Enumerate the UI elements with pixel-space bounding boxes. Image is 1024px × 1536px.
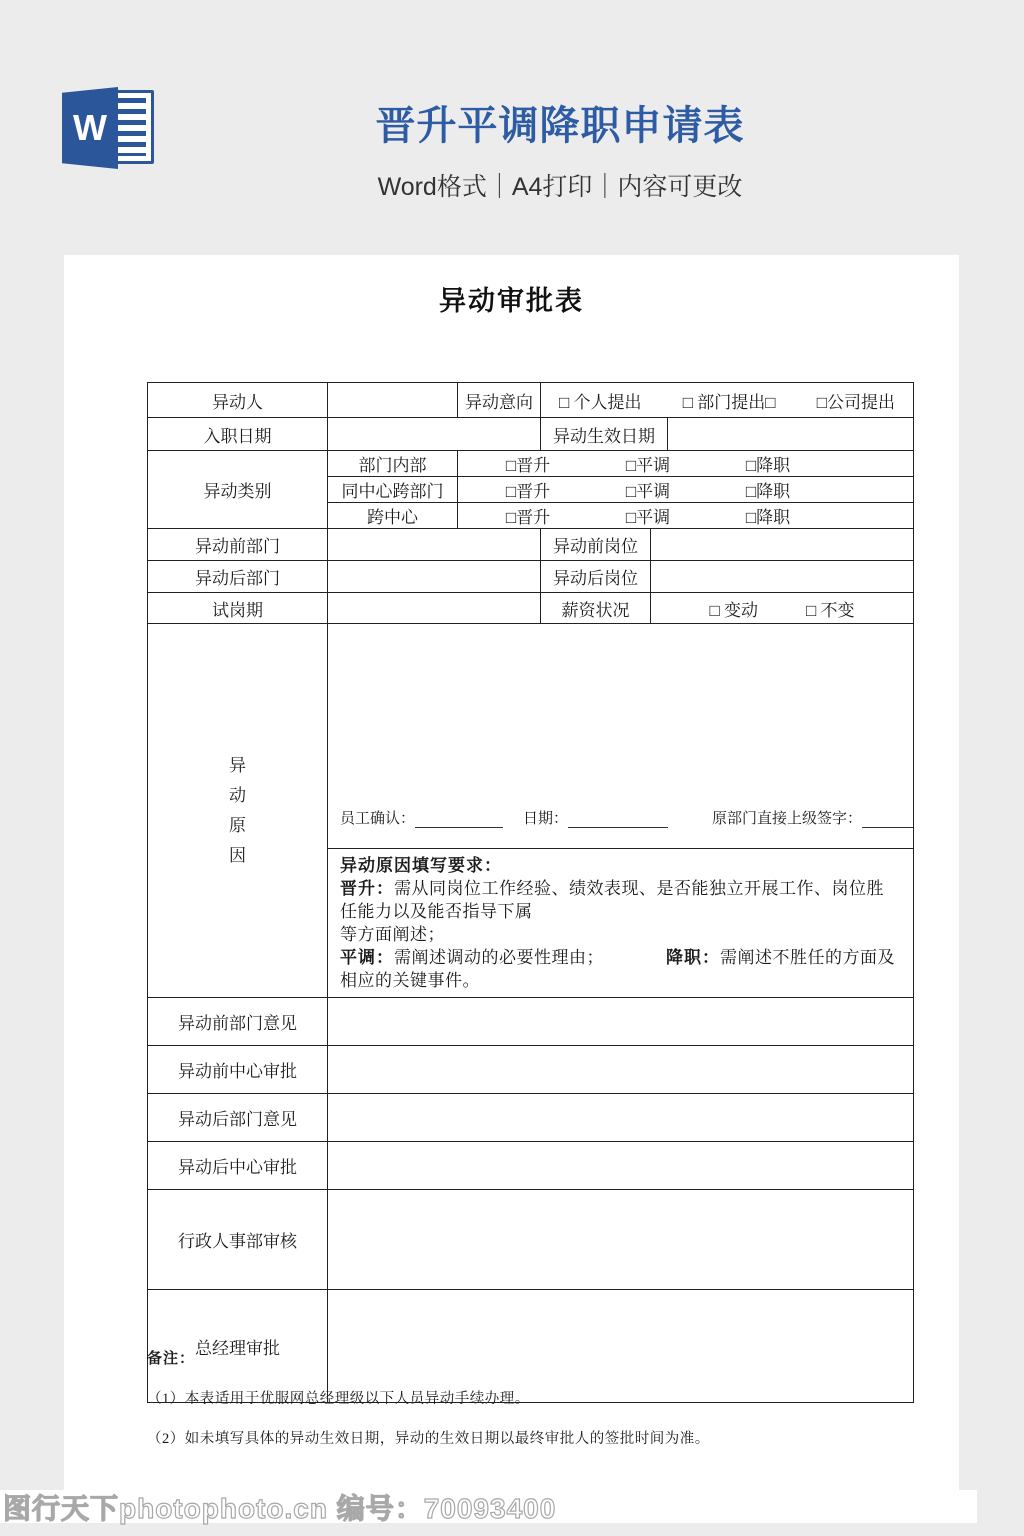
after-center-approval-cell[interactable] — [328, 1142, 914, 1190]
row-before-center-approval: 异动前中心审批 — [148, 1046, 914, 1094]
checkbox-promote[interactable]: □晋升 — [468, 477, 588, 502]
hr-review-label: 行政人事部审核 — [148, 1190, 328, 1290]
supervisor-sign-blank[interactable] — [862, 812, 913, 828]
signature-line: 员工确认：日期：原部门直接上级签字：日期： — [340, 807, 903, 828]
site-watermark: 图行天下photophoto.cn 编号：70093400 — [3, 1487, 556, 1527]
employee-confirm-blank[interactable] — [415, 812, 503, 828]
checkbox-personal-proposal[interactable]: □ 个人提出 — [559, 388, 642, 413]
template-header: 晋升平调降职申请表 Word格式｜A4打印｜内容可更改 — [300, 94, 820, 203]
effective-date-value-cell[interactable] — [668, 418, 914, 451]
date-blank-1[interactable] — [568, 812, 668, 828]
category-options-internal: □晋升 □平调 □降职 — [458, 451, 914, 477]
checkbox-company-proposal[interactable]: □公司提出 — [817, 388, 895, 413]
requirements-promote-line: 晋升：需从同岗位工作经验、绩效表现、是否能独立开展工作、岗位胜任能力以及能否指导… — [340, 877, 901, 923]
note-item-2: （2）如未填写具体的异动生效日期，异动的生效日期以最终审批人的签批时间为准。 — [147, 1427, 927, 1448]
row-trial: 试岗期 薪资状况 □ 变动 □ 不变 — [148, 593, 914, 624]
before-center-approval-label: 异动前中心审批 — [148, 1046, 328, 1094]
row-dates: 入职日期 异动生效日期 — [148, 418, 914, 451]
hire-date-label: 入职日期 — [148, 418, 328, 451]
salary-options-cell: □ 变动 □ 不变 — [651, 593, 914, 624]
checkbox-transfer[interactable]: □平调 — [588, 451, 708, 476]
word-logo-letter: W — [73, 107, 107, 149]
row-person: 异动人 异动意向 □ 个人提出 □ 部门提出□ □公司提出 — [148, 383, 914, 418]
after-dept-label: 异动后部门 — [148, 561, 328, 593]
approval-form-table: 异动人 异动意向 □ 个人提出 □ 部门提出□ □公司提出 入职日期 异动生效日… — [147, 382, 914, 1403]
requirements-promote-line-2: 等方面阐述； — [340, 923, 901, 946]
category-label: 异动类别 — [148, 451, 328, 529]
before-dept-value-cell[interactable] — [328, 529, 541, 561]
requirements-transfer-demote-line: 平调：需阐述调动的必要性理由；降职：需阐述不胜任的方面及相应的关键事件。 — [340, 946, 901, 992]
before-position-value-cell[interactable] — [651, 529, 914, 561]
notes-title: 备注： — [147, 1347, 927, 1368]
checkbox-salary-unchanged[interactable]: □ 不变 — [806, 596, 855, 621]
row-after-center-approval: 异动后中心审批 — [148, 1142, 914, 1190]
reason-text-cell[interactable]: 员工确认：日期：原部门直接上级签字：日期： — [328, 624, 914, 849]
after-center-approval-label: 异动后中心审批 — [148, 1142, 328, 1190]
hr-review-cell[interactable] — [328, 1190, 914, 1290]
row-after-dept-opinion: 异动后部门意见 — [148, 1094, 914, 1142]
word-logo-w-slab: W — [62, 87, 118, 169]
checkbox-demote[interactable]: □降职 — [708, 451, 828, 476]
requirements-heading: 异动原因填写要求： — [340, 854, 901, 877]
row-reason: 异 动 原 因 员工确认：日期：原部门直接上级签字：日期： — [148, 624, 914, 849]
after-position-value-cell[interactable] — [651, 561, 914, 593]
checkbox-transfer[interactable]: □平调 — [588, 477, 708, 502]
category-name-internal: 部门内部 — [328, 451, 458, 477]
checkbox-promote[interactable]: □晋升 — [468, 503, 588, 528]
document-page: 异动审批表 异动人 异动意向 □ 个人提出 □ 部门提出□ □公司提出 入职日期… — [64, 255, 959, 1493]
hire-date-value-cell[interactable] — [328, 418, 541, 451]
after-position-label: 异动后岗位 — [541, 561, 651, 593]
trial-period-label: 试岗期 — [148, 593, 328, 624]
checkbox-department-proposal[interactable]: □ 部门提出□ — [683, 388, 776, 413]
before-dept-opinion-cell[interactable] — [328, 998, 914, 1046]
reason-requirements-cell: 异动原因填写要求： 晋升：需从同岗位工作经验、绩效表现、是否能独立开展工作、岗位… — [328, 849, 914, 998]
person-value-cell[interactable] — [328, 383, 458, 418]
checkbox-demote[interactable]: □降职 — [708, 477, 828, 502]
reason-label-vertical: 异 动 原 因 — [148, 624, 328, 998]
notes-section: 备注： （1）本表适用于优服网总经理级以下人员异动手续办理。 （2）如未填写具体… — [147, 1347, 927, 1448]
before-position-label: 异动前岗位 — [541, 529, 651, 561]
category-name-cross-center: 跨中心 — [328, 503, 458, 529]
before-center-approval-cell[interactable] — [328, 1046, 914, 1094]
row-after-dept: 异动后部门 异动后岗位 — [148, 561, 914, 593]
before-dept-opinion-label: 异动前部门意见 — [148, 998, 328, 1046]
row-category-1: 异动类别 部门内部 □晋升 □平调 □降职 — [148, 451, 914, 477]
supervisor-sign-label: 原部门直接上级签字： — [712, 811, 862, 827]
row-before-dept: 异动前部门 异动前岗位 — [148, 529, 914, 561]
date-label-1: 日期： — [523, 811, 568, 827]
form-title: 异动审批表 — [64, 279, 959, 318]
effective-date-label: 异动生效日期 — [541, 418, 668, 451]
before-dept-label: 异动前部门 — [148, 529, 328, 561]
template-subtitle: Word格式｜A4打印｜内容可更改 — [300, 167, 820, 203]
intent-options-cell: □ 个人提出 □ 部门提出□ □公司提出 — [541, 383, 914, 418]
after-dept-opinion-label: 异动后部门意见 — [148, 1094, 328, 1142]
checkbox-demote[interactable]: □降职 — [708, 503, 828, 528]
row-before-dept-opinion: 异动前部门意见 — [148, 998, 914, 1046]
checkbox-transfer[interactable]: □平调 — [588, 503, 708, 528]
person-label: 异动人 — [148, 383, 328, 418]
note-item-1: （1）本表适用于优服网总经理级以下人员异动手续办理。 — [147, 1387, 927, 1408]
category-name-cross-dept: 同中心跨部门 — [328, 477, 458, 503]
salary-status-label: 薪资状况 — [541, 593, 651, 624]
row-hr-review: 行政人事部审核 — [148, 1190, 914, 1290]
checkbox-promote[interactable]: □晋升 — [468, 451, 588, 476]
after-dept-value-cell[interactable] — [328, 561, 541, 593]
trial-period-value-cell[interactable] — [328, 593, 541, 624]
category-options-cross-center: □晋升 □平调 □降职 — [458, 503, 914, 529]
after-dept-opinion-cell[interactable] — [328, 1094, 914, 1142]
category-options-cross-dept: □晋升 □平调 □降职 — [458, 477, 914, 503]
employee-confirm-label: 员工确认： — [340, 811, 415, 827]
word-logo-icon: W — [62, 87, 156, 169]
template-title: 晋升平调降职申请表 — [300, 94, 820, 151]
checkbox-salary-change[interactable]: □ 变动 — [709, 596, 758, 621]
intent-label: 异动意向 — [458, 383, 541, 418]
